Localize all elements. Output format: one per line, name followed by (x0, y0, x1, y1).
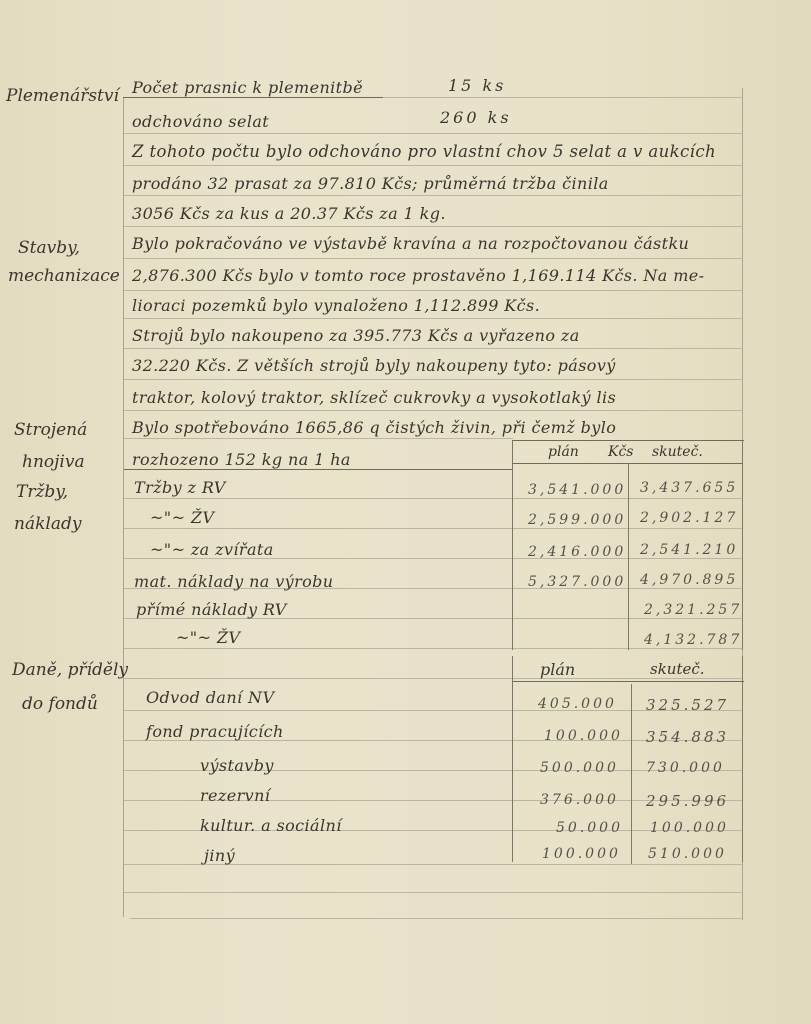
breeding-sows-label: Počet prasnic k plemenitbě (132, 78, 363, 97)
funds-row-plan: 50.000 (556, 820, 623, 836)
funds-row-actual: 295.996 (646, 792, 729, 810)
funds-row-plan: 376.000 (540, 792, 619, 808)
funds-row-label: Odvod daní NV (146, 688, 274, 707)
margin-label-funds: do fondů (22, 694, 98, 714)
funds-header-plan: plán (540, 660, 575, 679)
funds-row-plan: 100.000 (544, 728, 623, 744)
revenue-row-plan: 5,327.000 (528, 574, 626, 590)
revenue-header-actual: skuteč. (652, 444, 703, 460)
revenue-header-plan: plán (548, 444, 579, 460)
funds-row-plan: 405.000 (538, 696, 617, 712)
breeding-text-line: prodáno 32 prasat za 97.810 Kčs; průměrn… (132, 174, 609, 193)
revenue-row-label: ~"~ ŽV (176, 628, 240, 647)
funds-row-label: jiný (204, 846, 235, 865)
revenue-row-label: Tržby z RV (134, 478, 226, 497)
revenue-row-actual: 2,321.257 (644, 602, 742, 618)
revenue-row-actual: 3,437.655 (640, 480, 738, 496)
funds-row-plan: 100.000 (542, 846, 621, 862)
revenue-row-plan: 3,541.000 (528, 482, 626, 498)
breeding-text-line: Z tohoto počtu bylo odchováno pro vlastn… (132, 142, 716, 161)
construction-text-line: Bylo pokračováno ve výstavbě kravína a n… (132, 234, 689, 253)
breeding-piglets-value: 260 ks (440, 108, 512, 127)
funds-row-label: kultur. a sociální (200, 816, 342, 835)
breeding-text-line: 3056 Kčs za kus a 20.37 Kčs za 1 kg. (132, 204, 446, 223)
revenue-row-label: ~"~ ŽV (150, 508, 214, 527)
breeding-piglets-label: odchováno selat (132, 112, 269, 131)
margin-label-mechanization: mechanizace (8, 266, 120, 286)
funds-row-plan: 500.000 (540, 760, 619, 776)
funds-row-actual: 510.000 (648, 846, 727, 862)
funds-row-actual: 100.000 (650, 820, 729, 836)
margin-label-construction: Stavby, (18, 238, 80, 258)
revenue-row-actual: 4,970.895 (640, 572, 738, 588)
margin-label-taxes: Daně, příděly (12, 660, 128, 680)
revenue-row-actual: 4,132.787 (644, 632, 742, 648)
ledger-page: Plemenářství Stavby, mechanizace Strojen… (0, 0, 811, 1024)
funds-row-label: fond pracujících (146, 722, 284, 741)
revenue-row-actual: 2,902.127 (640, 510, 738, 526)
construction-text-line: 2,876.300 Kčs bylo v tomto roce prostavě… (132, 266, 704, 285)
fertilizer-text-line: rozhozeno 152 kg na 1 ha (132, 450, 351, 469)
funds-row-actual: 730.000 (646, 760, 725, 776)
revenue-row-plan: 2,416.000 (528, 544, 626, 560)
funds-row-actual: 325.527 (646, 696, 729, 714)
revenue-row-label: mat. náklady na výrobu (134, 572, 334, 591)
margin-label-breeding: Plemenářství (6, 86, 119, 106)
construction-text-line: lioraci pozemků bylo vynaloženo 1,112.89… (132, 296, 540, 315)
construction-text-line: 32.220 Kčs. Z větších strojů byly nakoup… (132, 356, 616, 375)
construction-text-line: Strojů bylo nakoupeno za 395.773 Kčs a v… (132, 326, 580, 345)
revenue-row-plan: 2,599.000 (528, 512, 626, 528)
funds-row-actual: 354.883 (646, 728, 729, 746)
fertilizer-text-line: Bylo spotřebováno 1665,86 q čistých živi… (132, 418, 616, 437)
margin-label-revenue: Tržby, (16, 482, 68, 502)
margin-label-fertilizer: Strojená (14, 420, 87, 440)
revenue-row-label: ~"~ za zvířata (150, 540, 274, 559)
funds-row-label: výstavby (200, 756, 274, 775)
breeding-sows-value: 15 ks (448, 76, 506, 95)
construction-text-line: traktor, kolový traktor, sklízeč cukrovk… (132, 388, 616, 407)
margin-label-fertilizer-2: hnojiva (22, 452, 85, 472)
funds-header-actual: skuteč. (650, 660, 705, 678)
revenue-row-label: přímé náklady RV (136, 600, 287, 619)
margin-label-costs: náklady (14, 514, 81, 534)
revenue-header-currency: Kčs (608, 444, 633, 460)
funds-row-label: rezervní (200, 786, 270, 805)
revenue-row-actual: 2,541.210 (640, 542, 738, 558)
